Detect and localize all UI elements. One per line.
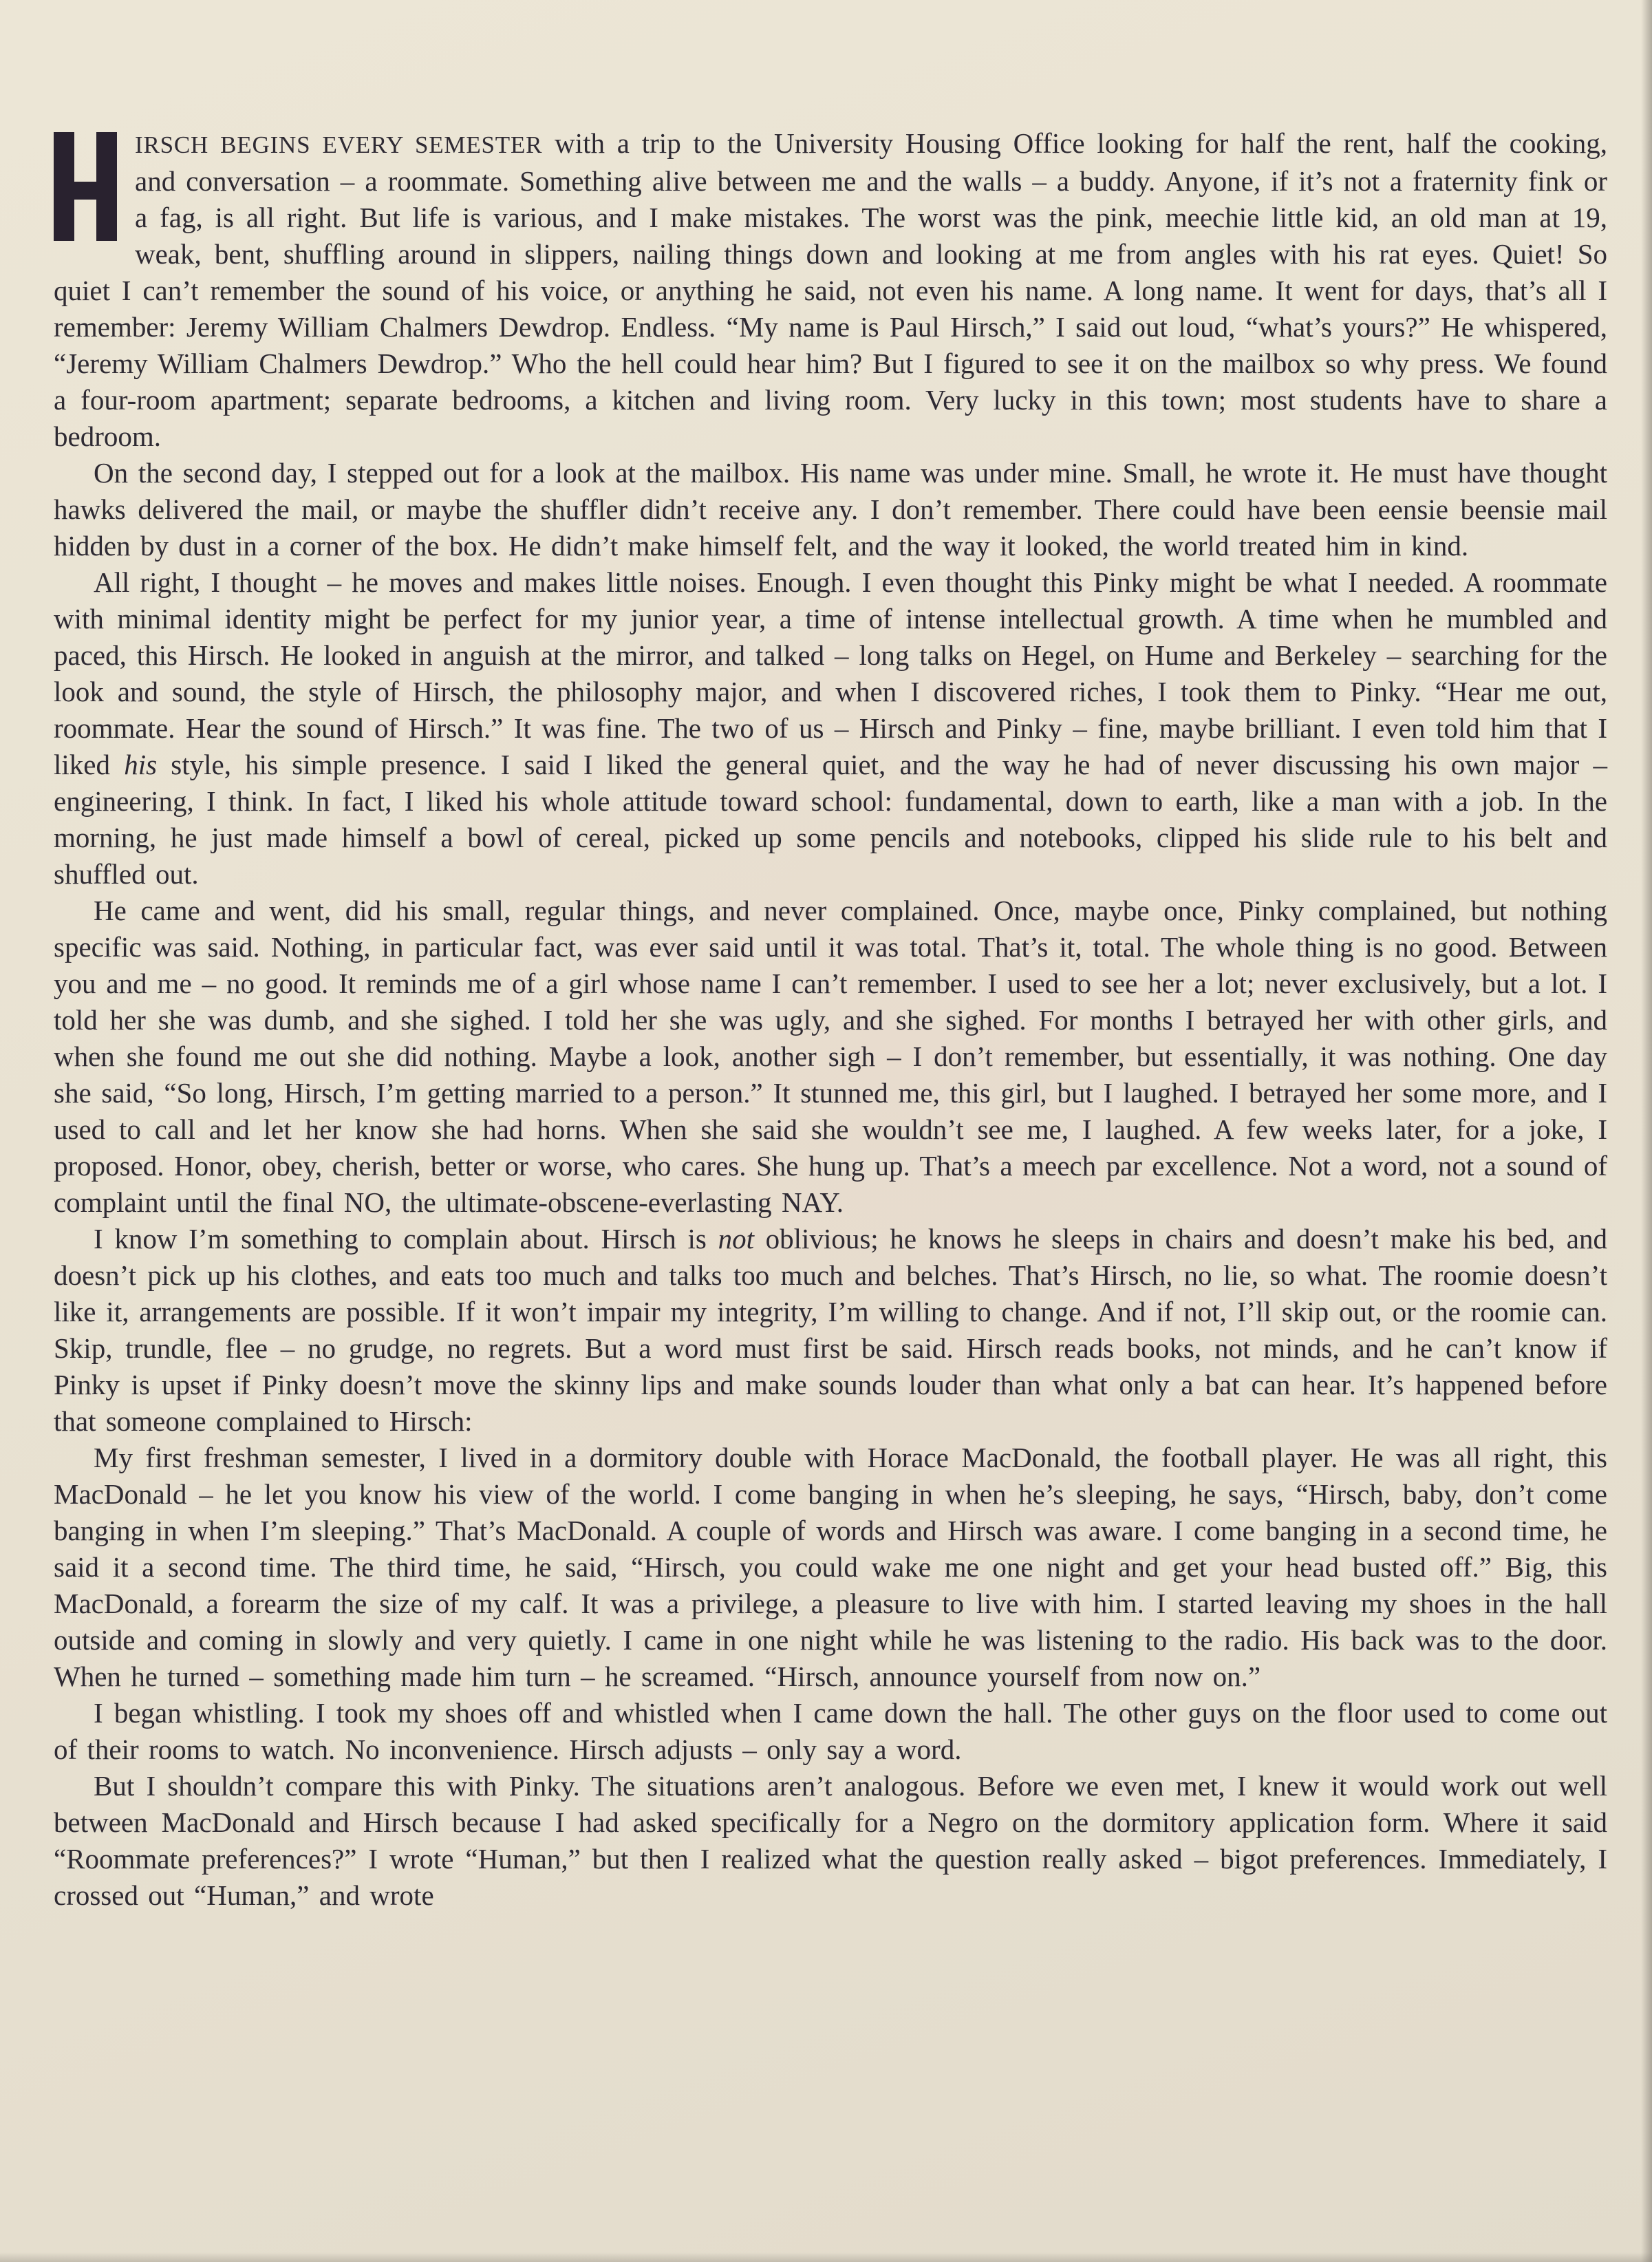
- paragraph: He came and went, did his small, regular…: [54, 893, 1607, 1221]
- lead-in-small-caps: IRSCH BEGINS EVERY SEMESTER: [135, 131, 542, 158]
- paragraph: I know I’m something to complain about. …: [54, 1221, 1607, 1440]
- paragraph: On the second day, I stepped out for a l…: [54, 455, 1607, 564]
- drop-cap-h-glyph: [54, 132, 117, 241]
- paragraph: I began whistling. I took my shoes off a…: [54, 1695, 1607, 1768]
- drop-cap: H: [54, 132, 117, 241]
- page-edge-shadow-right: [1641, 0, 1652, 2262]
- paragraph: All right, I thought – he moves and make…: [54, 564, 1607, 893]
- paragraph: My first freshman semester, I lived in a…: [54, 1440, 1607, 1695]
- magazine-page: H IRSCH BEGINS EVERY SEMESTER with a tri…: [0, 0, 1652, 2262]
- article-text: H IRSCH BEGINS EVERY SEMESTER with a tri…: [54, 125, 1607, 1914]
- drop-cap-letter: H: [54, 241, 54, 242]
- page-edge-shadow-bottom: [0, 2252, 1652, 2262]
- paragraph: H IRSCH BEGINS EVERY SEMESTER with a tri…: [54, 125, 1607, 455]
- paragraph: But I shouldn’t compare this with Pinky.…: [54, 1768, 1607, 1914]
